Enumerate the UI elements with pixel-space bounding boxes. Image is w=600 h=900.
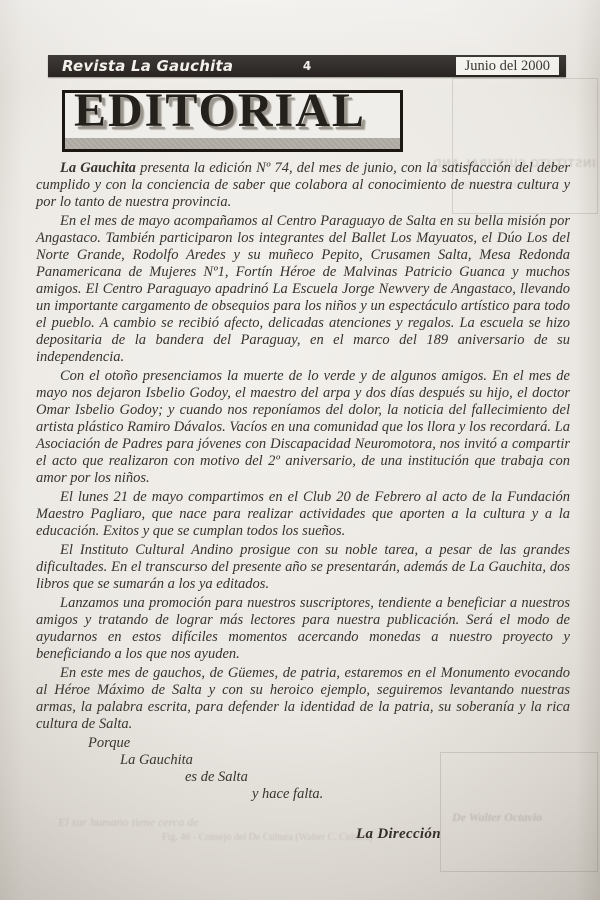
paragraph-text: El Instituto Cultural Andino prosigue co…	[36, 542, 570, 592]
closing-line: La Gauchita	[36, 752, 570, 769]
paragraph-text: El lunes 21 de mayo compartimos en el Cl…	[36, 489, 570, 539]
closing-verse: Porque La Gauchita es de Salta y hace fa…	[36, 735, 570, 803]
paragraph: Con el otoño presenciamos la muerte de l…	[36, 368, 570, 487]
closing-line: es de Salta	[36, 769, 570, 786]
issue-date: Junio del 2000	[456, 57, 559, 75]
editorial-body: La Gauchita presenta la edición Nº 74, d…	[36, 160, 570, 803]
paragraph: El lunes 21 de mayo compartimos en el Cl…	[36, 489, 570, 540]
paragraph: En el mes de mayo acompañamos al Centro …	[36, 213, 570, 366]
paragraph-text: Con el otoño presenciamos la muerte de l…	[36, 368, 570, 486]
paragraph: Lanzamos una promoción para nuestros sus…	[36, 595, 570, 663]
paragraph-text: En este mes de gauchos, de Güemes, de pa…	[36, 665, 570, 732]
scanned-magazine-page: INSTITUTO CULTURAL AND Vicente Lopez 145…	[0, 0, 600, 900]
closing-line: Porque	[36, 735, 570, 752]
page-title: EDITORIAL	[74, 86, 366, 136]
closing-line: y hace falta.	[36, 786, 570, 803]
editorial-headline-box: EDITORIAL	[62, 90, 403, 152]
paragraph: En este mes de gauchos, de Güemes, de pa…	[36, 665, 570, 733]
paragraph-text: En el mes de mayo acompañamos al Centro …	[36, 213, 570, 365]
signature: La Dirección	[356, 826, 441, 843]
header-bar: Revista La Gauchita 4 Junio del 2000	[48, 55, 566, 77]
magazine-title: Revista La Gauchita	[62, 57, 233, 75]
bleedthrough-text: El sur humano tiene cerca de	[58, 815, 199, 830]
page-number: 4	[303, 59, 311, 73]
editorial-shadow-band	[65, 138, 400, 149]
bleedthrough-text: De Walter Octavio	[452, 810, 542, 825]
bleedthrough-text: Fig. 46 - Consejo del De Cultura (Walter…	[162, 832, 373, 843]
paragraph-text: Lanzamos una promoción para nuestros sus…	[36, 595, 570, 662]
paragraph: El Instituto Cultural Andino prosigue co…	[36, 542, 570, 593]
paragraph: La Gauchita presenta la edición Nº 74, d…	[36, 160, 570, 211]
paragraph-lead: La Gauchita	[60, 160, 136, 176]
